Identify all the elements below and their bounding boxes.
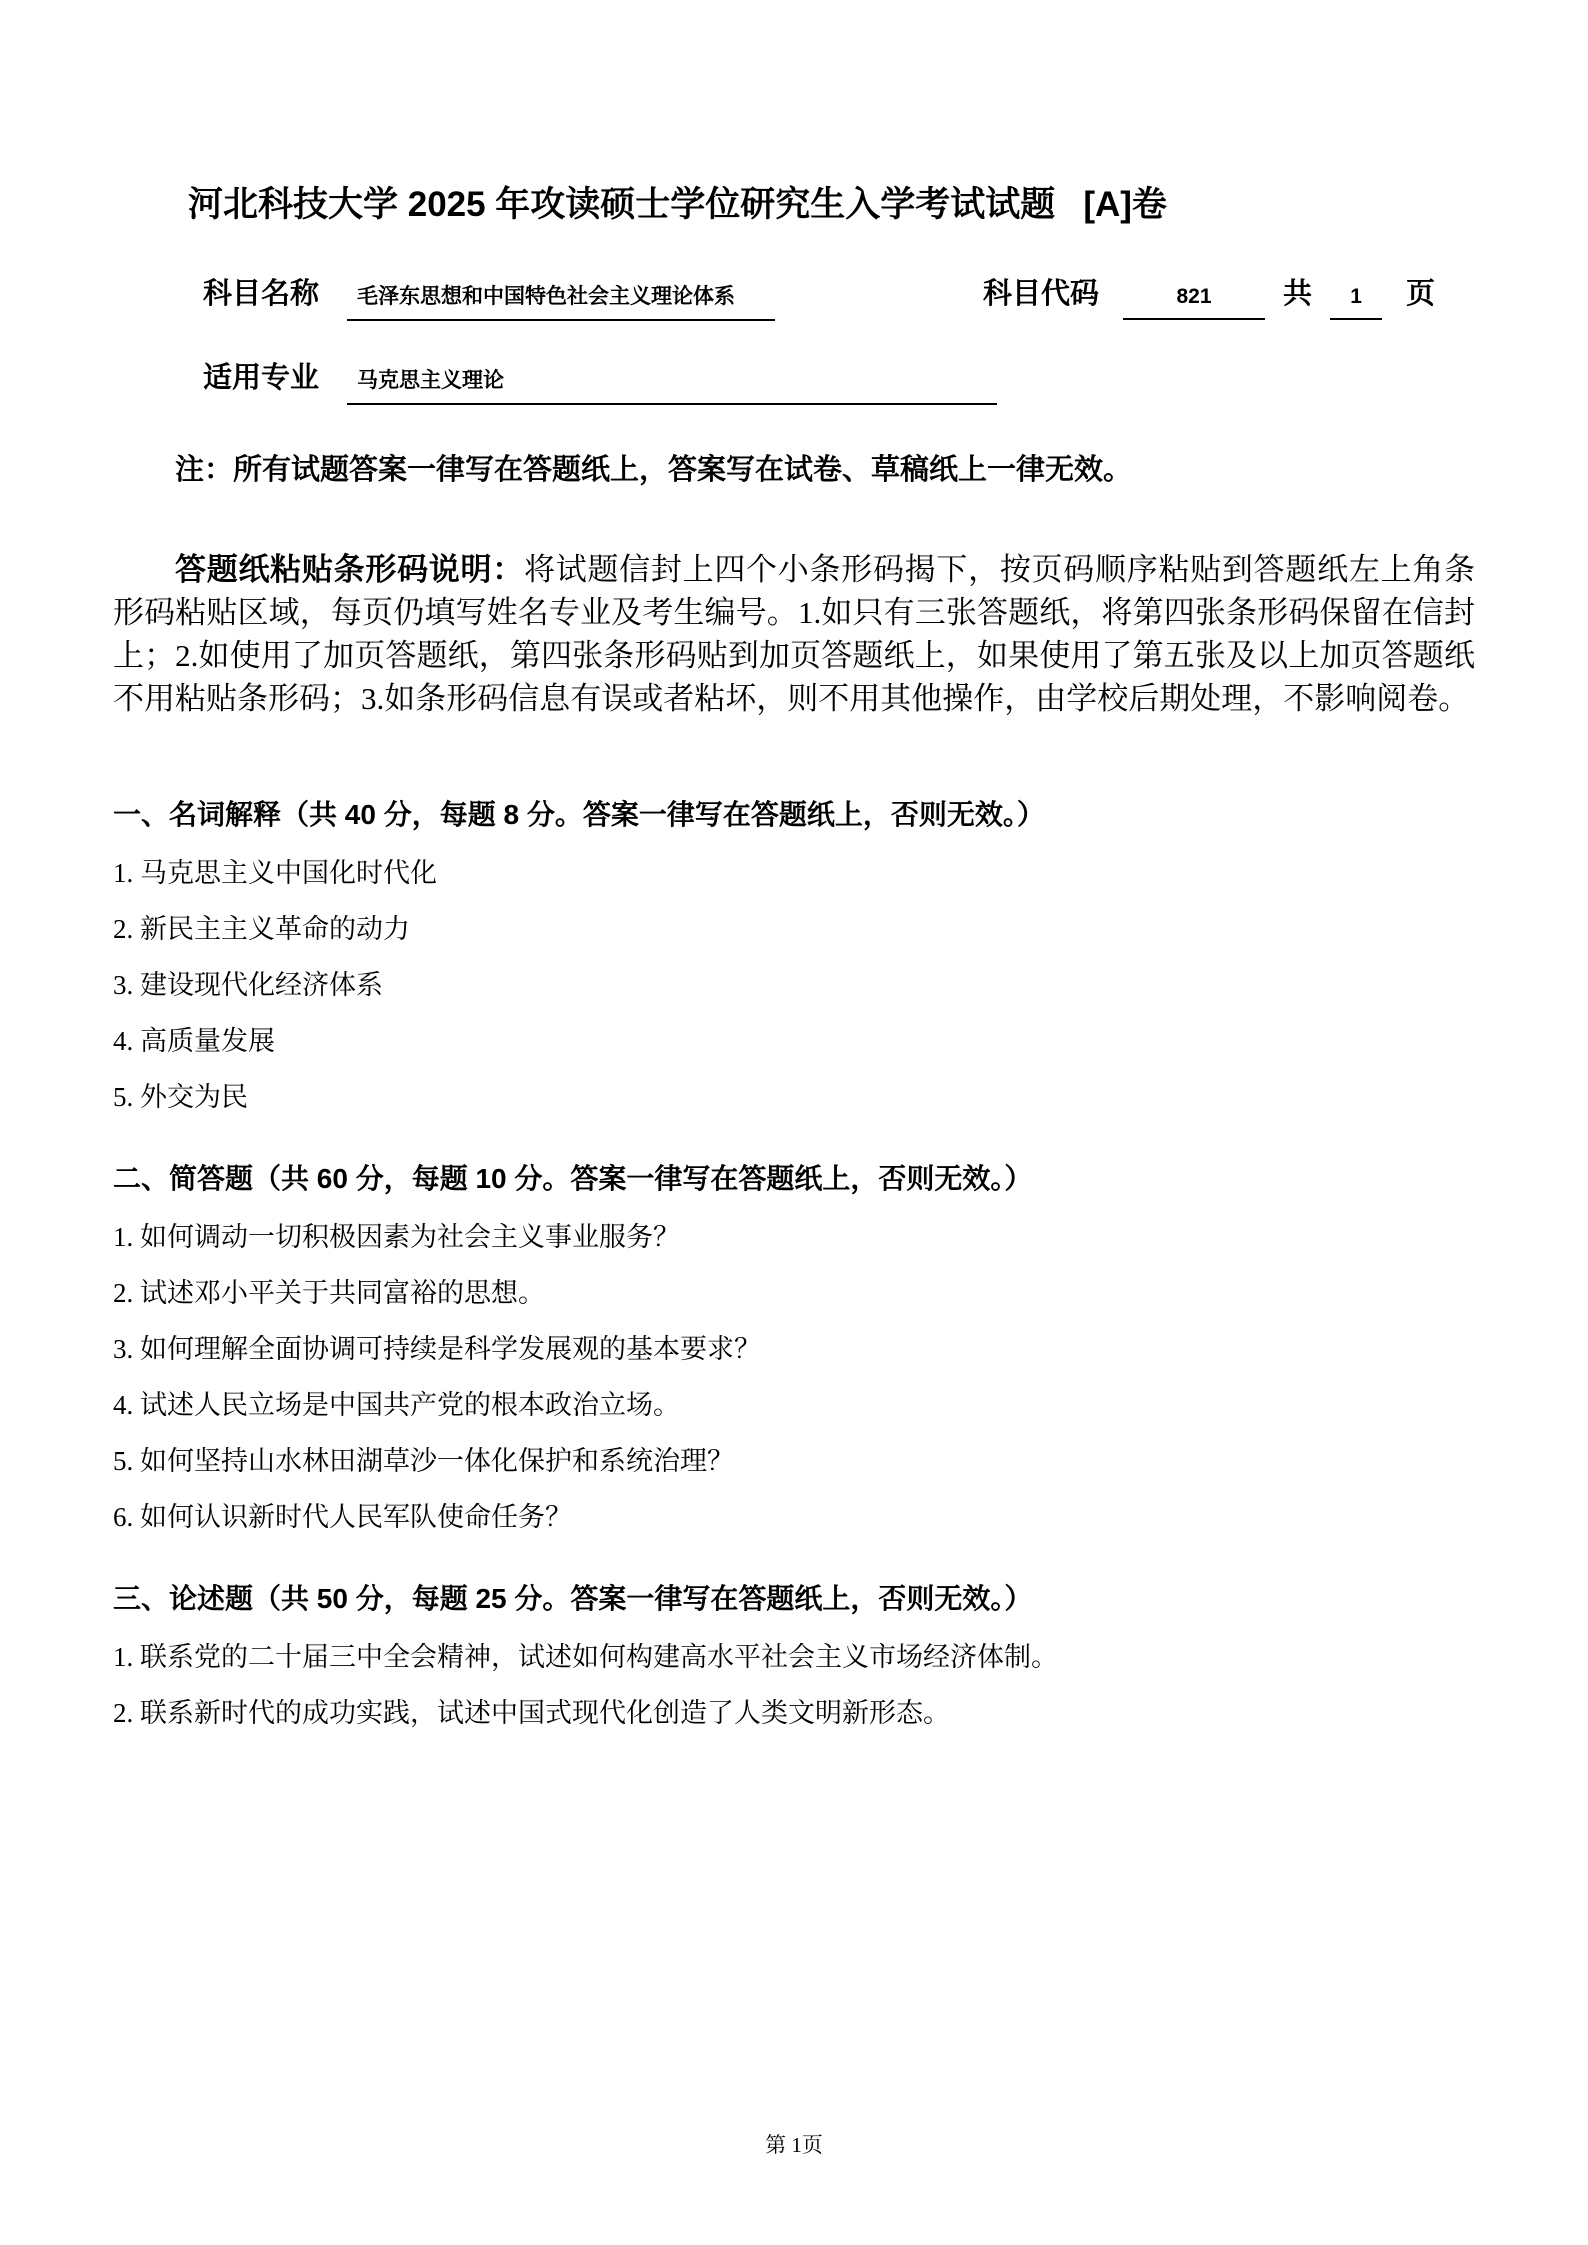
subject-name-label: 科目名称	[203, 271, 319, 312]
question-item: 6. 如何认识新时代人民军队使命任务？	[113, 1500, 1475, 1534]
section-short-answer: 二、简答题（共 60 分，每题 10 分。答案一律写在答题纸上，否则无效。） 1…	[113, 1160, 1475, 1534]
section-heading: 三、论述题（共 50 分，每题 25 分。答案一律写在答题纸上，否则无效。）	[113, 1580, 1475, 1618]
subject-code-value: 821	[1123, 285, 1265, 320]
question-item: 4. 试述人民立场是中国共产党的根本政治立场。	[113, 1388, 1475, 1422]
exam-paper-page: 河北科技大学 2025 年攻读硕士学位研究生入学考试试题[A]卷 科目名称 毛泽…	[0, 0, 1588, 2245]
question-item: 2. 试述邓小平关于共同富裕的思想。	[113, 1276, 1475, 1310]
question-item: 1. 联系党的二十届三中全会精神，试述如何构建高水平社会主义市场经济体制。	[113, 1640, 1475, 1674]
question-item: 3. 如何理解全面协调可持续是科学发展观的基本要求？	[113, 1332, 1475, 1366]
section-heading: 二、简答题（共 60 分，每题 10 分。答案一律写在答题纸上，否则无效。）	[113, 1160, 1475, 1198]
answer-sheet-notice: 注：所有试题答案一律写在答题纸上，答案写在试卷、草稿纸上一律无效。	[175, 447, 1475, 488]
document-title-main: 河北科技大学 2025 年攻读硕士学位研究生入学考试试题	[188, 185, 1055, 224]
barcode-instructions: 答题纸粘贴条形码说明：将试题信封上四个小条形码揭下，按页码顺序粘贴到答题纸左上角…	[113, 548, 1475, 720]
barcode-instructions-lead: 答题纸粘贴条形码说明：	[175, 552, 524, 587]
question-item: 5. 外交为民	[113, 1080, 1475, 1114]
question-item: 3. 建设现代化经济体系	[113, 968, 1475, 1002]
question-item: 1. 马克思主义中国化时代化	[113, 856, 1475, 890]
question-item: 1. 如何调动一切积极因素为社会主义事业服务？	[113, 1220, 1475, 1254]
subject-code-label: 科目代码	[983, 271, 1099, 312]
subject-info-row: 科目名称 毛泽东思想和中国特色社会主义理论体系 科目代码 821 共 1 页	[113, 271, 1475, 321]
question-item: 2. 联系新时代的成功实践，试述中国式现代化创造了人类文明新形态。	[113, 1696, 1475, 1730]
page-number: 第 1页	[765, 2133, 823, 2157]
question-item: 4. 高质量发展	[113, 1024, 1475, 1058]
question-item: 2. 新民主主义革命的动力	[113, 912, 1475, 946]
subject-name-value: 毛泽东思想和中国特色社会主义理论体系	[347, 280, 775, 321]
applicable-major-label: 适用专业	[203, 355, 319, 396]
document-title: 河北科技大学 2025 年攻读硕士学位研究生入学考试试题[A]卷	[188, 186, 1475, 225]
applicable-major-value: 马克思主义理论	[347, 364, 997, 405]
section-essay: 三、论述题（共 50 分，每题 25 分。答案一律写在答题纸上，否则无效。） 1…	[113, 1580, 1475, 1730]
major-info-row: 适用专业 马克思主义理论	[113, 355, 1475, 405]
section-term-explanation: 一、名词解释（共 40 分，每题 8 分。答案一律写在答题纸上，否则无效。） 1…	[113, 796, 1475, 1114]
total-pages-unit: 页	[1406, 271, 1435, 312]
document-title-variant: [A]卷	[1083, 185, 1167, 224]
section-heading: 一、名词解释（共 40 分，每题 8 分。答案一律写在答题纸上，否则无效。）	[113, 796, 1475, 834]
total-pages-value: 1	[1330, 285, 1382, 320]
question-item: 5. 如何坚持山水林田湖草沙一体化保护和系统治理？	[113, 1444, 1475, 1478]
page-footer: 第 1页	[0, 2129, 1588, 2159]
total-pages-prefix: 共	[1283, 271, 1312, 312]
